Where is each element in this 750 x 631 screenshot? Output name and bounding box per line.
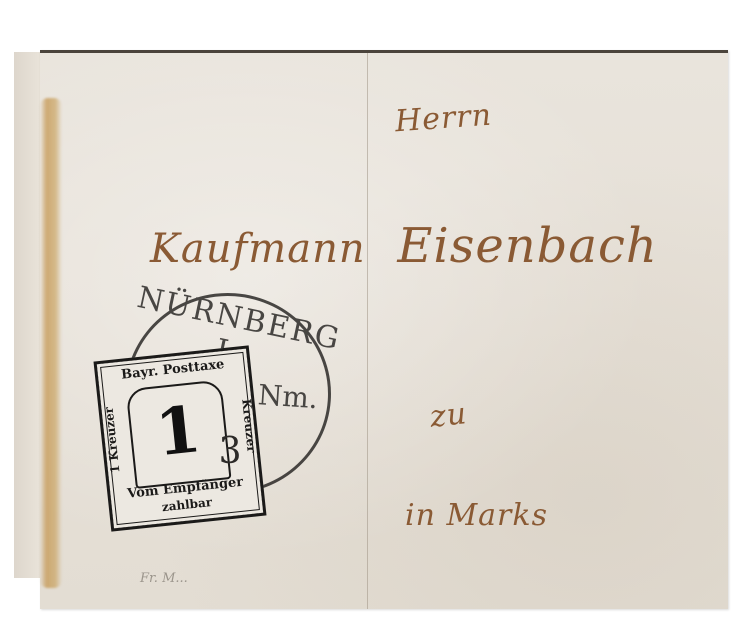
stamp-top-text: Bayr. Posttaxe <box>97 355 248 386</box>
postmark-time: Nm. <box>257 378 319 415</box>
salutation-text: Herrn <box>394 98 493 140</box>
stamp-value: 1 <box>129 390 228 474</box>
postal-cover: Herrn Kaufmann Eisenbach zu in Marks Fr.… <box>40 50 728 609</box>
postage-due-stamp: Bayr. Posttaxe 1 Kreuzer Kreuzer 1 Vom E… <box>93 345 266 531</box>
water-stain <box>40 98 62 588</box>
preposition-text: zu <box>428 396 469 435</box>
recipient-line: Kaufmann Eisenbach <box>150 218 658 274</box>
stamp-left-text: 1 Kreuzer <box>102 406 123 474</box>
pencil-note: Fr. M... <box>140 571 188 586</box>
recipient-name: Eisenbach <box>397 218 657 274</box>
place-text: in Marks <box>405 498 548 533</box>
stamp-value-frame: 1 <box>126 379 232 488</box>
recipient-title: Kaufmann <box>150 226 366 272</box>
fold-line <box>367 53 368 609</box>
cancel-numeral: 3 <box>219 431 242 472</box>
